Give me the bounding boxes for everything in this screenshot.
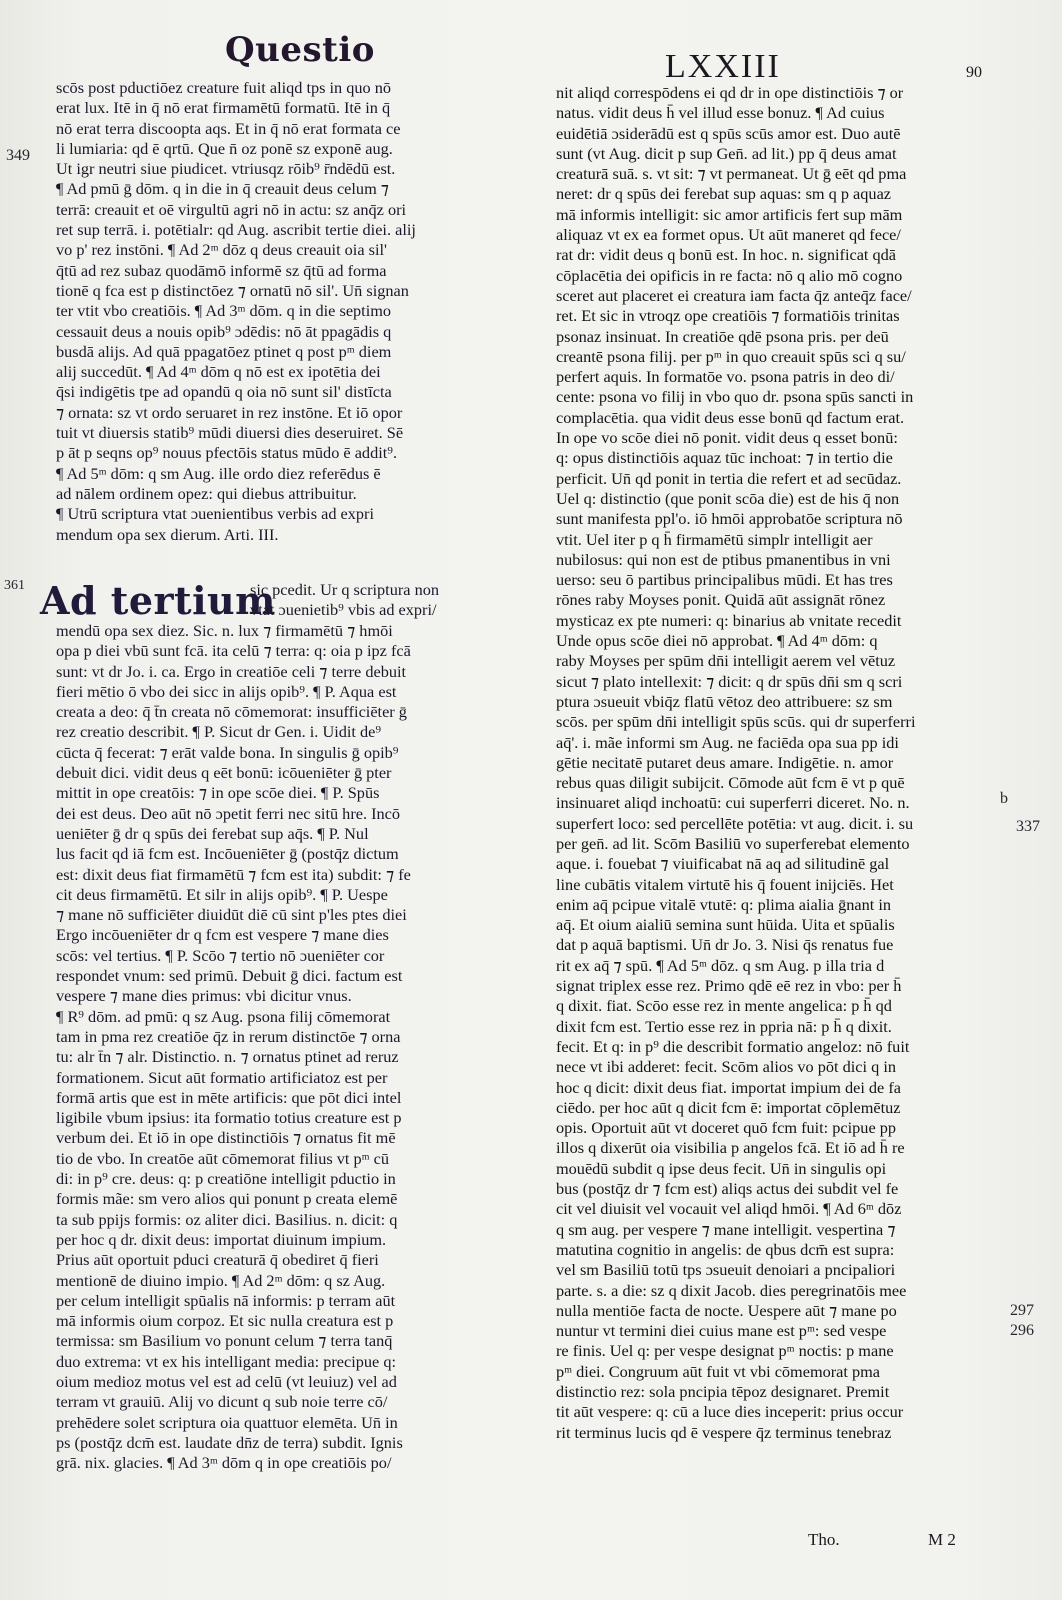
text-line: sunt (vt Aug. dicit p sup Gen̄. ad lit.)…	[556, 144, 981, 164]
text-line: sunt manifesta ppl'o. iō hmōi approbatōe…	[556, 509, 981, 529]
text-line: In ope vo scōe diei nō ponit. vidit deus…	[556, 428, 981, 448]
text-line: dixit fcm est. Tertio esse rez in ppria …	[556, 1017, 981, 1037]
margin-note-b: b	[1000, 790, 1008, 808]
running-head-question-number: LXXIII	[665, 48, 781, 86]
text-line: mā informis intelligit: sic amor artific…	[556, 205, 981, 225]
text-line: tit aūt vespere: q: cū a luce dies incep…	[556, 1402, 981, 1422]
text-line: formationem. Sicut aūt formatio artifici…	[56, 1068, 534, 1088]
text-line: illos q dixerūt oia visibilia p angelos …	[556, 1138, 981, 1158]
text-line: vel sm Basiliū totū tps ɔsueuit denoiari…	[556, 1260, 981, 1280]
text-line: nō erat terra discoopta aqs. Et in q̄ nō…	[56, 119, 534, 139]
text-line: hoc q dicit: dixit deus fiat. importat i…	[556, 1078, 981, 1098]
text-line: q sm aug. per vespere ⁊ mane intelligit.…	[556, 1220, 981, 1240]
text-line: nit aliqd correspōdens ei qd dr in ope d…	[556, 83, 981, 103]
text-line: per gen̄. ad lit. Scōm Basiliū vo superf…	[556, 834, 981, 854]
left-column-bottom: mendū opa sex diez. Sic. n. lux ⁊ firmam…	[56, 621, 534, 1473]
text-line: tio de vbo. In creatōe aūt cōmemorat fil…	[56, 1149, 534, 1169]
text-line: formis mãe: sm vero alios qui ponunt p c…	[56, 1189, 534, 1209]
margin-note-297: 297	[1010, 1302, 1034, 1320]
signature-author: Tho.	[808, 1530, 840, 1550]
text-line: rebus quas diligit subijcit. Cōmode aūt …	[556, 773, 981, 793]
text-line: mouēdū subdit q ipse deus fecit. Un̄ in …	[556, 1159, 981, 1179]
text-line: li lumiaria: qd ē qrtū. Que n̄ oz ponē s…	[56, 139, 534, 159]
text-line: cūcta q̄ fecerat: ⁊ erāt valde bona. In …	[56, 743, 534, 763]
text-line: ret. Et sic in vtroqz ope creatiōis ⁊ fo…	[556, 306, 981, 326]
text-line: opa p diei vbū sunt fcā. ita celū ⁊ terr…	[56, 641, 534, 661]
text-line: perfert aquis. In formatōe vo. psona pat…	[556, 367, 981, 387]
text-line: ¶ Utrū scriptura vtat ɔuenientibus verbi…	[56, 504, 534, 524]
text-line: opis. Oportuit aūt vt doceret quō fcm fu…	[556, 1118, 981, 1138]
text-line: fecit. Et q: in p⁹ die describit formati…	[556, 1037, 981, 1057]
text-line: alij succedūt. ¶ Ad 4ᵐ dōm q nō est ex i…	[56, 362, 534, 382]
book-page: Questio LXXIII 90 349 361 b 337 297 296 …	[0, 0, 1062, 1600]
text-line: duo extrema: vt ex his intelligant media…	[56, 1352, 534, 1372]
text-line: prehēdere solet scriptura oia quattuor e…	[56, 1413, 534, 1433]
text-line: p āt p seqns op⁹ nouus pfectōis status m…	[56, 443, 534, 463]
margin-note-361: 361	[4, 578, 25, 594]
left-column: scōs post pductiōez creature fuit aliqd …	[56, 78, 534, 545]
text-line: aliquaz vt ex ea formet opus. Ut aūt man…	[556, 225, 981, 245]
text-line: Uel q: distinctio (que ponit scōa die) e…	[556, 489, 981, 509]
text-line: ad nālem ordinem opez: qui diebus attrib…	[56, 484, 534, 504]
text-line: dat p aquā baptismi. Un̄ dr Jo. 3. Nisi …	[556, 935, 981, 955]
right-column-text: nit aliqd correspōdens ei qd dr in ope d…	[556, 83, 981, 1443]
text-line: mittit in ope creatōis: ⁊ in ope scōe di…	[56, 783, 534, 803]
text-line: pᵐ diei. Congruum aūt fuit vt vbi cōmemo…	[556, 1362, 981, 1382]
text-line: mendū opa sex diez. Sic. n. lux ⁊ firmam…	[56, 621, 534, 641]
text-line: dei est deus. Deo aūt nō ɔpetit ferri ne…	[56, 804, 534, 824]
text-line: tu: alr t̄n ⁊ alr. Distinctio. n. ⁊ orna…	[56, 1047, 534, 1067]
text-line: est: dixit deus fiat firmamētū ⁊ fcm est…	[56, 865, 534, 885]
text-line: Unde opus scōe diei nō approbat. ¶ Ad 4ᵐ…	[556, 631, 981, 651]
text-line: lus facit qd iā fcm est. Incōueniēter ḡ …	[56, 844, 534, 864]
margin-note-349: 349	[6, 147, 30, 165]
text-line: cit vel diuisit vel vocauit vel aliqd hm…	[556, 1199, 981, 1219]
text-line: creata a deo: q̄ t̄n creata nō cōmemorat…	[56, 702, 534, 722]
text-line: sceret aut placeret ei creatura iam fact…	[556, 286, 981, 306]
text-line: ¶ Ad pmū ḡ dōm. q in die in q̄ creauit d…	[56, 179, 534, 199]
text-line: euidētiā ɔsiderādū est q spūs scūs amor …	[556, 124, 981, 144]
text-line: re finis. Uel q: per vespe designat pᵐ n…	[556, 1341, 981, 1361]
text-line: rit terminus lucis qd ē vespere q̄z term…	[556, 1423, 981, 1443]
signature-mark: M 2	[928, 1530, 956, 1550]
text-line: tam in pma rez creatiōe q̄z in rerum dis…	[56, 1027, 534, 1047]
text-line: ueniēter ḡ dr q spūs dei ferebat sup aq̄…	[56, 824, 534, 844]
text-line: grā. nix. glacies. ¶ Ad 3ᵐ dōm q in ope …	[56, 1453, 534, 1473]
text-line: cit deus firmamētū. Et silr in alijs opi…	[56, 885, 534, 905]
text-line: ligibile vbum ipsius: ita formatio totiu…	[56, 1108, 534, 1128]
text-line: per celum intelligit spūalis nā informis…	[56, 1291, 534, 1311]
text-line: aq̄. Et oium aialiū semina sunt hūida. U…	[556, 915, 981, 935]
text-line: nulla mentiōe facta de nocte. Uespere aū…	[556, 1301, 981, 1321]
text-line: ¶ R⁹ dōm. ad pmū: q sz Aug. psona filij …	[56, 1007, 534, 1027]
text-line: busdā alijs. Ad quā ppagatōez ptinet q p…	[56, 342, 534, 362]
text-line: ¶ Ad 5ᵐ dōm: q sm Aug. ille ordo diez re…	[56, 464, 534, 484]
text-line: vespere ⁊ mane dies primus: vbi dicitur …	[56, 986, 534, 1006]
text-line: bus (postq̄z dr ⁊ fcm est) aliqs actus d…	[556, 1179, 981, 1199]
text-line: mentionē de diuino impio. ¶ Ad 2ᵐ dōm: q…	[56, 1271, 534, 1291]
text-line: parte. s. a die: sz q dixit Jacob. dies …	[556, 1281, 981, 1301]
text-line: vtit. Uel iter p q h̄ firmamētū simplr i…	[556, 530, 981, 550]
text-line: cessauit deus a nouis opib⁹ ɔdēdis: nō ā…	[56, 322, 534, 342]
text-line: enim aq̄ pcipue vitalē vtutē: q: plima a…	[556, 895, 981, 915]
text-line: debuit dici. vidit deus q eēt bonū: icōu…	[56, 763, 534, 783]
margin-note-296: 296	[1010, 1322, 1034, 1340]
text-line: per hoc q dr. dixit deus: importat diuin…	[56, 1230, 534, 1250]
text-line: ter vtit vbo creatiōis. ¶ Ad 3ᵐ dōm. q i…	[56, 301, 534, 321]
text-line: uerso: seu ō partibus principalibus mūdi…	[556, 570, 981, 590]
text-line: rat dr: vidit deus q bonū est. In hoc. n…	[556, 245, 981, 265]
margin-note-337: 337	[1016, 818, 1040, 836]
text-line: nubilosus: qui non est de ptibus pmanent…	[556, 550, 981, 570]
text-line: rez creatio describit. ¶ P. Sicut dr Gen…	[56, 722, 534, 742]
left-column-top-text: scōs post pductiōez creature fuit aliqd …	[56, 78, 534, 545]
text-line: natus. vidit deus h̄ vel illud esse bonu…	[556, 103, 981, 123]
text-line: q dixit. fiat. Scōo esse rez in mente an…	[556, 996, 981, 1016]
text-line: q̄tū ad rez subaz quodāmō informē sz q̄t…	[56, 261, 534, 281]
text-line: ⁊ ornata: sz vt ordo seruaret in rez ins…	[56, 403, 534, 423]
text-line: superfert loco: sed percellēte potētia: …	[556, 814, 981, 834]
text-line: nece vt ibi adderet: fecit. Scōm alios v…	[556, 1057, 981, 1077]
right-column: nit aliqd correspōdens ei qd dr in ope d…	[556, 83, 981, 1443]
text-line: scōs post pductiōez creature fuit aliqd …	[56, 78, 534, 98]
article-initial-heading: Ad tertium	[40, 578, 276, 623]
text-line: ret sup terrā. i. potētialr: qd Aug. asc…	[56, 220, 534, 240]
text-line: tionē q fca est p distinctōez ⁊ ornatū n…	[56, 281, 534, 301]
article-initial-continuation: sic pcedit. Ur q scriptura non vtat ɔuen…	[250, 580, 439, 621]
text-line: cente: psona vo filij in vbo quo dr. pso…	[556, 387, 981, 407]
text-line: vtat ɔuenietib⁹ vbis ad expri/	[250, 600, 439, 620]
text-line: neret: dr q spūs dei ferebat sup aquas: …	[556, 184, 981, 204]
text-line: nuntur vt termini diei cuius mane est pᵐ…	[556, 1321, 981, 1341]
text-line: q: opus distinctiōis aquaz tūc inchoat: …	[556, 448, 981, 468]
text-line: creantē psona filij. per pᵐ in quo creau…	[556, 347, 981, 367]
text-line: signat triplex esse rez. Primo qdē eē re…	[556, 976, 981, 996]
text-line: fieri mētio ō vbo dei sicc in alijs opib…	[56, 682, 534, 702]
text-line: verbum dei. Et iō in ope distinctiōis ⁊ …	[56, 1128, 534, 1148]
text-line: creaturā suā. s. vt sit: ⁊ vt permaneat.…	[556, 164, 981, 184]
text-line: ptura ɔsueuit vbiq̄z flatū vētoz deo att…	[556, 692, 981, 712]
text-line: sicut ⁊ plato intellexit: ⁊ dicit: q dr …	[556, 672, 981, 692]
text-line: ⁊ mane nō sufficiēter diuidūt diē cū sin…	[56, 905, 534, 925]
text-line: formā artis que est in mēte artificis: q…	[56, 1088, 534, 1108]
text-line: distinctio rez: sola pncipia tēpoz desig…	[556, 1382, 981, 1402]
text-line: matutina cognitio in angelis: de qbus dc…	[556, 1240, 981, 1260]
text-line: scōs: vel tertius. ¶ P. Scōo ⁊ tertio nō…	[56, 946, 534, 966]
text-line: terram vt grauiū. Alij vo dicunt q sub n…	[56, 1392, 534, 1412]
text-line: rōnes raby Moyses ponit. Quidā aūt assig…	[556, 590, 981, 610]
text-line: line cubātis vitalem virtutē his q̄ foue…	[556, 875, 981, 895]
left-column-bottom-text: mendū opa sex diez. Sic. n. lux ⁊ firmam…	[56, 621, 534, 1473]
text-line: complacētia. qua vidit deus esse bonū qd…	[556, 408, 981, 428]
text-line: respondet vnum: sed primū. Debuit ḡ dici…	[56, 966, 534, 986]
text-line: di: in p⁹ cre. deus: q: p creatiōne inte…	[56, 1169, 534, 1189]
text-line: Ut igr neutri siue piudicet. vtriusqz rō…	[56, 159, 534, 179]
text-line: q̄si indigētis tpe ad opandū q oia nō su…	[56, 382, 534, 402]
text-line: erat lux. Itē in q̄ nō erat firmamētū fo…	[56, 98, 534, 118]
text-line: cōplacētia dei opificis in re facta: nō …	[556, 266, 981, 286]
text-line: mysticaz ex pte numeri: q: binarius ab v…	[556, 611, 981, 631]
text-line: raby Moyses per spūm dn̄i intelligit aer…	[556, 651, 981, 671]
text-line: insinuaret aliqd inchoatū: cui superferr…	[556, 793, 981, 813]
text-line: aque. i. fouebat ⁊ viuificabat nā aq ad …	[556, 854, 981, 874]
text-line: scōs. per spūm dn̄i intelligit spūs scūs…	[556, 712, 981, 732]
text-line: mā informis oium corpoz. Et sic nulla cr…	[56, 1311, 534, 1331]
text-line: oium medioz motus vel est ad celū (vt le…	[56, 1372, 534, 1392]
text-line: sic pcedit. Ur q scriptura non	[250, 580, 439, 600]
text-line: Prius aūt oportuit pduci creaturā q̄ obe…	[56, 1250, 534, 1270]
text-line: vo p' rez instōni. ¶ Ad 2ᵐ dōz q deus cr…	[56, 240, 534, 260]
text-line: rit ex aq̄ ⁊ spū. ¶ Ad 5ᵐ dōz. q sm Aug.…	[556, 956, 981, 976]
text-line: tuit vt diuersis statib⁹ mūdi diuersi di…	[56, 423, 534, 443]
text-line: psonaz insinuat. In creatiōe qdē psona p…	[556, 327, 981, 347]
text-line: aq̄'. i. mãe informi sm Aug. ne faciēda …	[556, 733, 981, 753]
text-line: mendum opa sex dierum. Arti. III.	[56, 525, 534, 545]
text-line: ps (postq̄z dcm̄ est. laudate dn̄z de te…	[56, 1433, 534, 1453]
text-line: ciēdo. per hoc aūt q dicit fcm ē: import…	[556, 1098, 981, 1118]
text-line: perficit. Un̄ qd ponit in tertia die ref…	[556, 469, 981, 489]
running-head-questio: Questio	[225, 30, 375, 70]
text-line: termissa: sm Basilium vo ponunt celum ⁊ …	[56, 1331, 534, 1351]
folio-number: 90	[966, 64, 982, 82]
text-line: sunt: vt dr Jo. i. ca. Ergo in creatiōe …	[56, 662, 534, 682]
text-line: gētie necitatē putaret deus amare. Indig…	[556, 753, 981, 773]
text-line: terrā: creauit et oē virgultū agri nō in…	[56, 200, 534, 220]
text-line: ta sub ppijs formis: oz aliter dici. Bas…	[56, 1210, 534, 1230]
text-line: Ergo incōueniēter dr q fcm est vespere ⁊…	[56, 925, 534, 945]
